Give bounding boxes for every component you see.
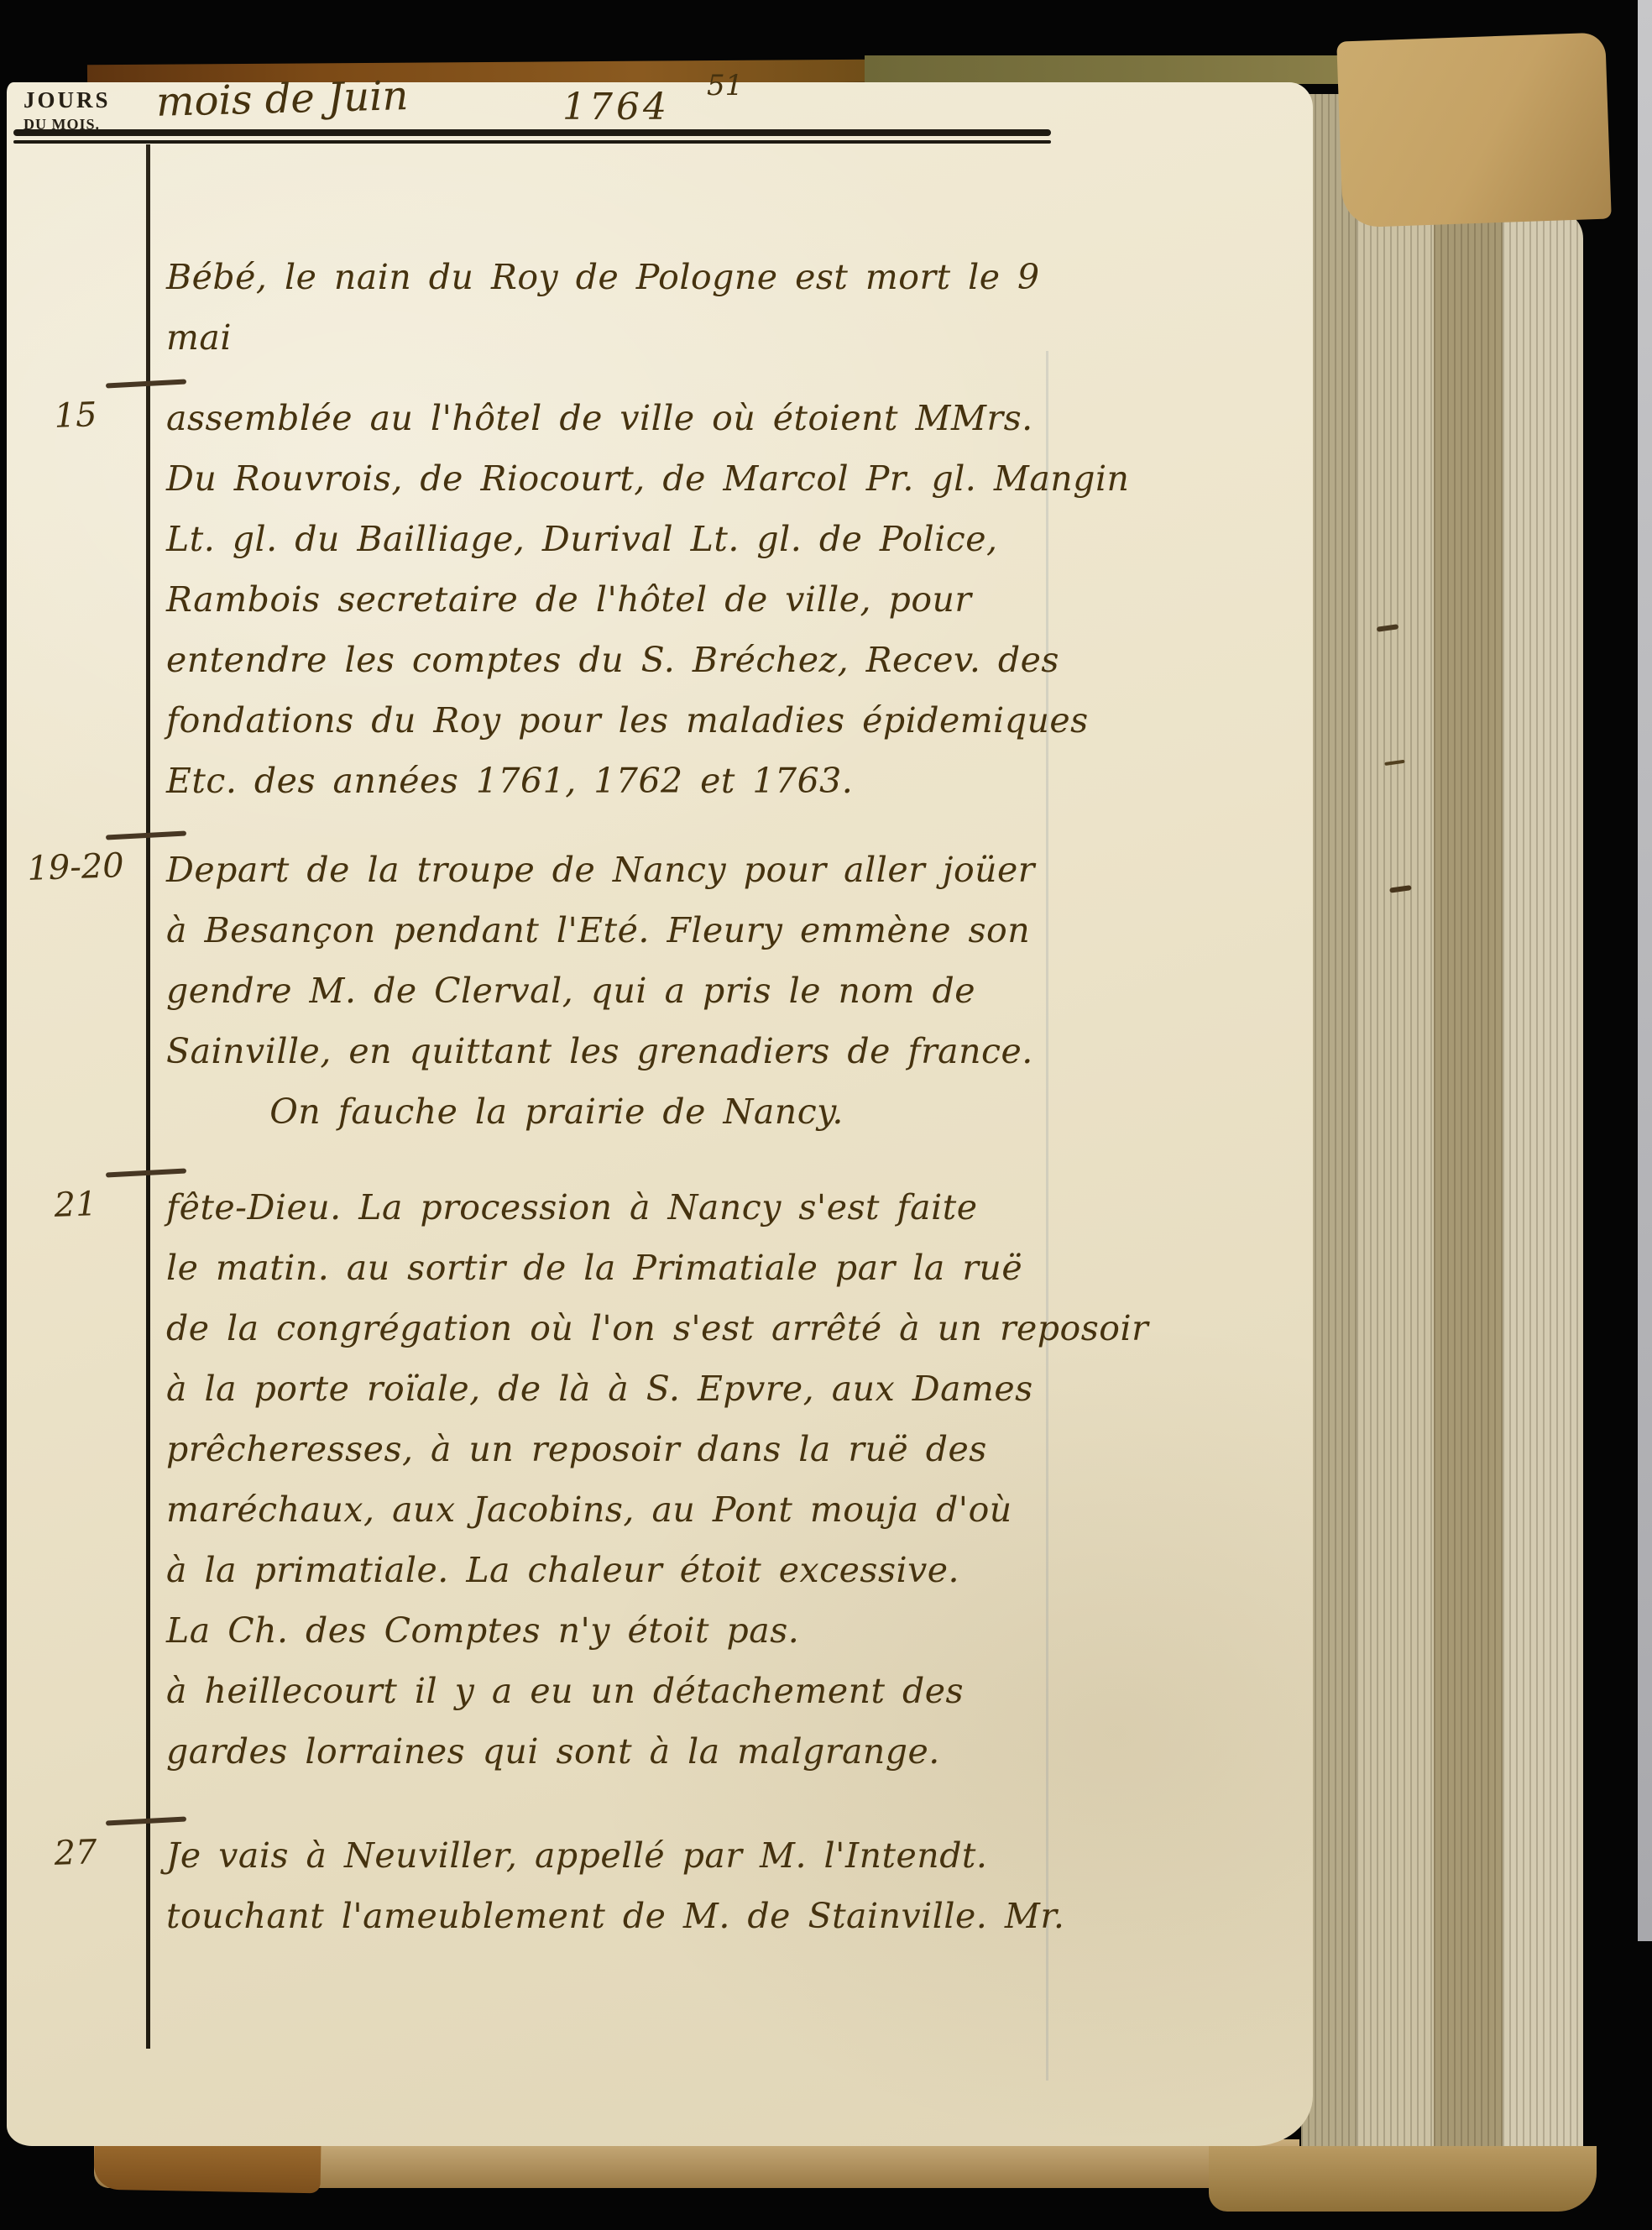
entry-line: de la congrégation où l'on s'est arrêté … <box>166 1298 1229 1358</box>
handwritten-month-title: mois de Juin <box>155 72 409 126</box>
manuscript-page: JOURS DU MOIS. mois de Juin 1764 51 Bébé… <box>7 82 1313 2146</box>
entry-line: Sainville, en quittant les grenadiers de… <box>166 1021 1229 1081</box>
entry-line: Etc. des années 1761, 1762 et 1763. <box>166 751 1229 811</box>
entry-line: Depart de la troupe de Nancy pour aller … <box>166 840 1229 900</box>
entry-line: Bébé, le nain du Roy de Pologne est mort… <box>166 247 1229 307</box>
day-number: 15 <box>14 395 137 437</box>
entries: Bébé, le nain du Roy de Pologne est mort… <box>7 233 1313 1946</box>
printed-header: JOURS DU MOIS. <box>24 87 111 133</box>
fore-edge-pages <box>1434 175 1503 2168</box>
manuscript-scan: JOURS DU MOIS. mois de Juin 1764 51 Bébé… <box>0 0 1652 2230</box>
journal-entry: 27Je vais à Neuviller, appellé par M. l'… <box>7 1825 1313 1946</box>
page-number: 51 <box>707 69 743 102</box>
entry-line: assemblée au l'hôtel de ville où étoient… <box>166 388 1229 448</box>
book-cover-edge-olive <box>865 55 1351 84</box>
entry-text: fête-Dieu. La procession à Nancy s'est f… <box>166 1177 1229 1782</box>
scanner-edge-strip <box>1638 0 1652 1941</box>
entry-line: entendre les comptes du S. Bréchez, Rece… <box>166 630 1229 690</box>
entry-line: Du Rouvrois, de Riocourt, de Marcol Pr. … <box>166 448 1229 509</box>
underlying-page-edges <box>94 2141 322 2194</box>
entry-line: à heillecourt il y a eu un détachement d… <box>166 1661 1229 1721</box>
header-double-rule <box>13 129 1051 144</box>
entry-text: Je vais à Neuviller, appellé par M. l'In… <box>166 1825 1229 1946</box>
entry-line: fête-Dieu. La procession à Nancy s'est f… <box>166 1177 1229 1238</box>
journal-entry: 21fête-Dieu. La procession à Nancy s'est… <box>7 1177 1313 1782</box>
entry-line: à la porte roïale, de là à S. Epvre, aux… <box>166 1358 1229 1419</box>
entry-line: La Ch. des Comptes n'y étoit pas. <box>166 1600 1229 1661</box>
day-number <box>15 253 136 257</box>
fore-edge-pages <box>1503 210 1583 2176</box>
printed-header-line1: JOURS <box>24 87 111 113</box>
entry-line: à la primatiale. La chaleur étoit excess… <box>166 1540 1229 1600</box>
day-number: 19-20 <box>14 846 137 889</box>
rule-thin <box>13 140 1051 144</box>
fore-edge-pages <box>1357 123 1434 2159</box>
handwritten-year: 1764 <box>562 86 670 128</box>
journal-entry: 19-20Depart de la troupe de Nancy pour a… <box>7 840 1313 1142</box>
entry-line: Rambois secretaire de l'hôtel de ville, … <box>166 569 1229 630</box>
rule-thick <box>13 129 1051 136</box>
entry-line: mai <box>166 307 1229 368</box>
entry-line: Lt. gl. du Bailliage, Durival Lt. gl. de… <box>166 509 1229 569</box>
journal-entry: 15assemblée au l'hôtel de ville où étoie… <box>7 388 1313 811</box>
entry-text: assemblée au l'hôtel de ville où étoient… <box>166 388 1229 811</box>
entry-line: maréchaux, aux Jacobins, au Pont mouja d… <box>166 1479 1229 1540</box>
entry-line: gardes lorraines qui sont à la malgrange… <box>166 1721 1229 1782</box>
entry-line: prêcheresses, à un reposoir dans la ruë … <box>166 1419 1229 1479</box>
entry-line: le matin. au sortir de la Primatiale par… <box>166 1238 1229 1298</box>
day-number: 27 <box>14 1832 137 1875</box>
entry-line: fondations du Roy pour les maladies épid… <box>166 690 1229 751</box>
entry-line: Je vais à Neuviller, appellé par M. l'In… <box>166 1825 1229 1886</box>
underlying-page-edges <box>1209 2146 1597 2212</box>
day-number: 21 <box>14 1184 137 1227</box>
entry-text: Bébé, le nain du Roy de Pologne est mort… <box>166 247 1229 368</box>
entry-line: à Besançon pendant l'Eté. Fleury emmène … <box>166 900 1229 961</box>
book-corner <box>1336 32 1612 228</box>
entry-text: Depart de la troupe de Nancy pour aller … <box>166 840 1229 1142</box>
entry-line: gendre M. de Clerval, qui a pris le nom … <box>166 961 1229 1021</box>
entry-line: touchant l'ameublement de M. de Stainvil… <box>166 1886 1229 1946</box>
journal-entry: Bébé, le nain du Roy de Pologne est mort… <box>7 247 1313 368</box>
entry-line: On fauche la prairie de Nancy. <box>166 1081 1229 1142</box>
